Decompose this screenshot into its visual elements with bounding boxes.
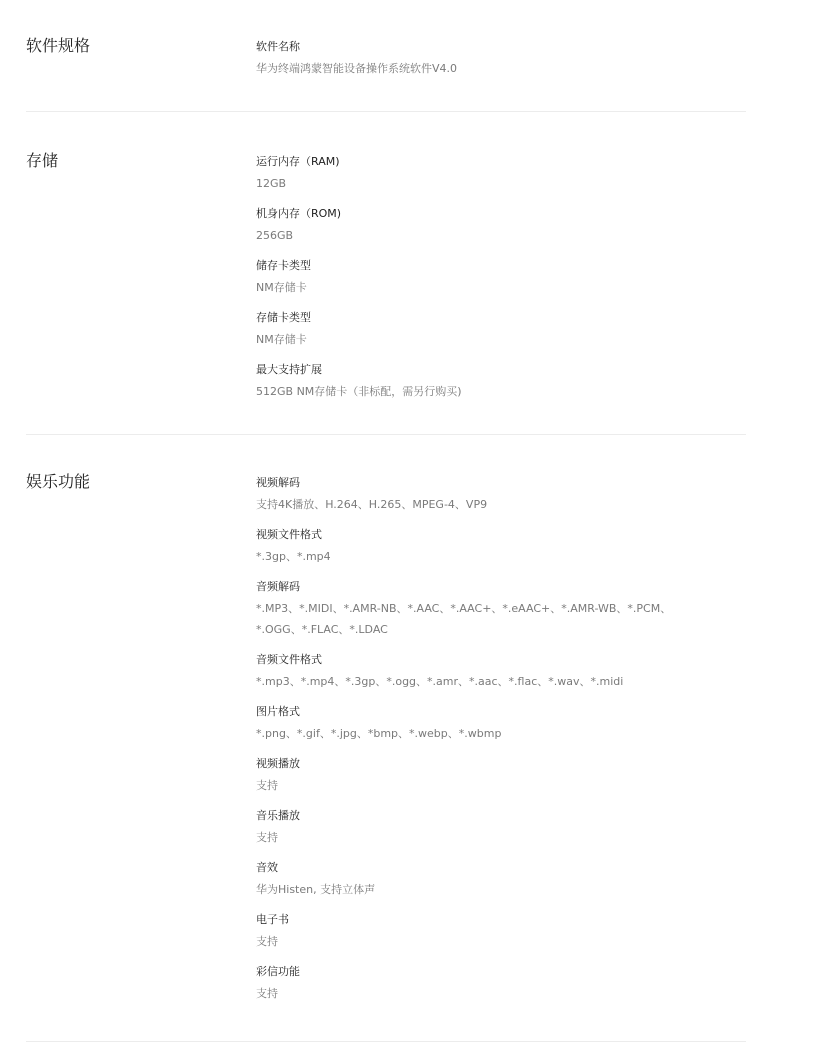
spec-label: 彩信功能: [256, 965, 746, 979]
spec-label: 音频文件格式: [256, 653, 746, 667]
spec-label: 视频播放: [256, 757, 746, 771]
spec-item-rom: 机身内存（ROM) 256GB: [256, 207, 746, 246]
spec-item-max-expansion: 最大支持扩展 512GB NM存储卡（非标配，需另行购买): [256, 363, 746, 402]
spec-sheet: 软件规格 软件名称 华为终端鸿蒙智能设备操作系统软件V4.0 存储 运行内存（R…: [26, 0, 746, 1042]
spec-label: 音频解码: [256, 580, 746, 594]
spec-label: 储存卡类型: [256, 259, 746, 273]
section-entertainment: 娱乐功能 视频解码 支持4K播放、H.264、H.265、MPEG-4、VP9 …: [26, 435, 746, 1042]
spec-label: 电子书: [256, 913, 746, 927]
section-storage: 存储 运行内存（RAM) 12GB 机身内存（ROM) 256GB 储存卡类型 …: [26, 112, 746, 435]
section-title: 软件规格: [26, 36, 256, 111]
spec-value: *.MP3、*.MIDI、*.AMR-NB、*.AAC、*.AAC+、*.eAA…: [256, 598, 696, 640]
spec-item-sound-effects: 音效 华为Histen, 支持立体声: [256, 861, 746, 900]
spec-label: 音效: [256, 861, 746, 875]
spec-value: 华为终端鸿蒙智能设备操作系统软件V4.0: [256, 58, 696, 79]
spec-item-video-file-formats: 视频文件格式 *.3gp、*.mp4: [256, 528, 746, 567]
spec-label: 存储卡类型: [256, 311, 746, 325]
spec-value: 支持: [256, 775, 696, 796]
spec-item-music-playback: 音乐播放 支持: [256, 809, 746, 848]
spec-label: 运行内存（RAM): [256, 155, 746, 169]
spec-value: 支持: [256, 931, 696, 952]
spec-label: 视频文件格式: [256, 528, 746, 542]
spec-value: 512GB NM存储卡（非标配，需另行购买): [256, 381, 696, 402]
section-software-specs: 软件规格 软件名称 华为终端鸿蒙智能设备操作系统软件V4.0: [26, 0, 746, 112]
spec-item-audio-file-formats: 音频文件格式 *.mp3、*.mp4、*.3gp、*.ogg、*.amr、*.a…: [256, 653, 746, 692]
section-body: 运行内存（RAM) 12GB 机身内存（ROM) 256GB 储存卡类型 NM存…: [256, 112, 746, 434]
spec-item-image-formats: 图片格式 *.png、*.gif、*.jpg、*bmp、*.webp、*.wbm…: [256, 705, 746, 744]
spec-value: NM存储卡: [256, 329, 696, 350]
spec-item-memory-card-type: 储存卡类型 NM存储卡: [256, 259, 746, 298]
section-body: 软件名称 华为终端鸿蒙智能设备操作系统软件V4.0: [256, 0, 746, 111]
spec-item-video-decoding: 视频解码 支持4K播放、H.264、H.265、MPEG-4、VP9: [256, 476, 746, 515]
spec-label: 最大支持扩展: [256, 363, 746, 377]
spec-label: 音乐播放: [256, 809, 746, 823]
spec-item-ram: 运行内存（RAM) 12GB: [256, 155, 746, 194]
spec-label: 视频解码: [256, 476, 746, 490]
spec-label: 图片格式: [256, 705, 746, 719]
spec-value: 12GB: [256, 173, 696, 194]
spec-label: 软件名称: [256, 40, 746, 54]
spec-label: 机身内存（ROM): [256, 207, 746, 221]
spec-value: 支持: [256, 983, 696, 1004]
spec-value: *.3gp、*.mp4: [256, 546, 696, 567]
spec-value: 支持4K播放、H.264、H.265、MPEG-4、VP9: [256, 494, 696, 515]
spec-item-audio-decoding: 音频解码 *.MP3、*.MIDI、*.AMR-NB、*.AAC、*.AAC+、…: [256, 580, 746, 640]
spec-item-software-name: 软件名称 华为终端鸿蒙智能设备操作系统软件V4.0: [256, 40, 746, 79]
spec-value: *.png、*.gif、*.jpg、*bmp、*.webp、*.wbmp: [256, 723, 696, 744]
spec-value: *.mp3、*.mp4、*.3gp、*.ogg、*.amr、*.aac、*.fl…: [256, 671, 696, 692]
section-body: 视频解码 支持4K播放、H.264、H.265、MPEG-4、VP9 视频文件格…: [256, 435, 746, 1041]
spec-item-storage-card-type: 存储卡类型 NM存储卡: [256, 311, 746, 350]
section-title: 存储: [26, 151, 256, 434]
spec-item-video-playback: 视频播放 支持: [256, 757, 746, 796]
spec-value: 支持: [256, 827, 696, 848]
spec-item-ebook: 电子书 支持: [256, 913, 746, 952]
spec-item-mms: 彩信功能 支持: [256, 965, 746, 1004]
spec-value: 华为Histen, 支持立体声: [256, 879, 696, 900]
spec-value: NM存储卡: [256, 277, 696, 298]
section-title: 娱乐功能: [26, 472, 256, 1041]
spec-value: 256GB: [256, 225, 696, 246]
